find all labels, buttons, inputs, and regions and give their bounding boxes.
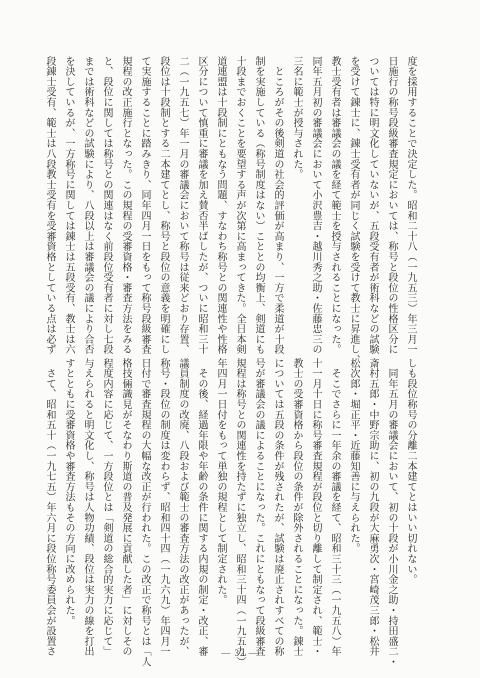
text-column: 格技倆識見がそなわり斯道の普及発展に貢献した者」に対しその [116,358,135,652]
text-column: 同年五月初の審議会において小沢豊吉・越川秀之助・佐藤忠三の [306,56,325,350]
text-column: 二（一九五七）年一月の審議会において称号は従来どおり存置、 [173,56,192,350]
text-column: 区分について慎重に審議を加え賛否半ばしたが、ついに昭和三十 [192,56,211,350]
text-column: 程度内容に応じて、一方段位とは「剣道の総合的実力に応じて」 [97,358,116,652]
text-column: 段錬士受有、範士は八段教士受有を受審資格としている点は必ず [40,56,59,350]
text-column: そこでさらに一年余の審議を経て、昭和三十三（一九五八）年 [325,358,344,652]
lower-text-band: しも段位称号の分離二本建てとはいい切れない。 同年五月の審議会において、初の十段… [40,358,420,652]
text-column: 度を採用することで決定した。昭和二十八（一九五三）年三月一 [401,56,420,350]
page-number: — 32 — [0,648,480,658]
text-column: 称号・段位の制度は変わらず、昭和四十四（一九六九）年四月一 [154,358,173,652]
text-column: 段位は十段制とする二本建てとし、称号と段位の意義を明確にし [154,56,173,350]
text-column: 日付で審査規程の大幅な改正が行われた。この改正で称号とは「人 [135,358,154,652]
text-column: までは術科などの試験により、八段以上は審議会の議により合否 [78,56,97,350]
text-column: と、段位に関しては称号との関連はなく前段位受有者に対し七段 [97,56,116,350]
text-column: 議員制度の改廃、八段および範士の審査方法の改正があったが、 [173,358,192,652]
text-column: 十一月十日に称号審査規程が段位と切り離して制定され、範士・ [306,358,325,652]
text-column: 三名に範士が授与された。 [287,56,306,350]
text-column: については五段の条件が残されたが、試験は廃止されすべての称 [268,358,287,652]
text-column: その後、経過年限や年齢の条件に関する内規の制定・改正、審 [192,358,211,652]
text-column: 日施行の称号段級審査規定においては、称号と段位の性格区分に [382,56,401,350]
text-column: ついては特に明文化していないが、五段受有者が術科などの試験 [363,56,382,350]
book-page: 度を採用することで決定した。昭和二十八（一九五三）年三月一 日施行の称号段級審査… [0,0,480,678]
text-column: しも段位称号の分離二本建てとはいい切れない。 [401,358,420,652]
text-column: 十段までおくことを要望する声が次第に高まってきた。全日本剣 [230,56,249,350]
text-column: 制を実施している（称号制度はない）こととの均衡上、剣道にも [249,56,268,350]
text-column: 規程の改正施行となった。この規程の受審資格・審査方法をみる [116,56,135,350]
upper-text-band: 度を採用することで決定した。昭和二十八（一九五三）年三月一 日施行の称号段級審査… [40,56,420,350]
text-column: 教士の受審資格から段位の条件が除外されることになった。錬士 [287,358,306,652]
text-column: 号が審議会の議によることになった。これにともなって段級審査 [249,358,268,652]
text-column: 道連盟は十段制にともなう問題、すなわち称号との関連性や性格 [211,56,230,350]
text-column: すとともに受審資格や審査方法もその方向に改められた。 [59,358,78,652]
text-column: 同年五月の審議会において、初の十段が小川金之助・持田盛二・ [382,358,401,652]
text-column: て実施することに踏みきり、同年四月一日をもって称号段級審査 [135,56,154,350]
text-column: を受けて錬士に、錬士受有者が同じく試験を受けて教士に昇進し、 [344,56,363,350]
text-column: 規程は称号との関連性を持たずに独立し、昭和三十四（一九五九） [230,358,249,652]
text-column: を決しているが、一方称号に関しては錬士は五段受有、教士は六 [59,56,78,350]
text-column: 斎村五郎・中野宗助に、初の九段が大麻勇次・宮崎茂三郎・松井 [363,358,382,652]
text-column: 年四月一日付をもって単独の規程として制定された。 [211,358,230,652]
text-column: 松次郎・堀正平・近藤知善に与えられた。 [344,358,363,652]
text-column: さて、昭和五十（一九七五）年六月に段位称号委員会が設置さ [40,358,59,652]
text-column: 与えられると明文化し、称号は人物功績、段位は実力の線を打出 [78,358,97,652]
text-column: ところがその後剣道の社会的評価が高まり、一方で柔道が十段 [268,56,287,350]
text-column: 教士受有者は審議会の議を経て範士を授与されることになった。 [325,56,344,350]
